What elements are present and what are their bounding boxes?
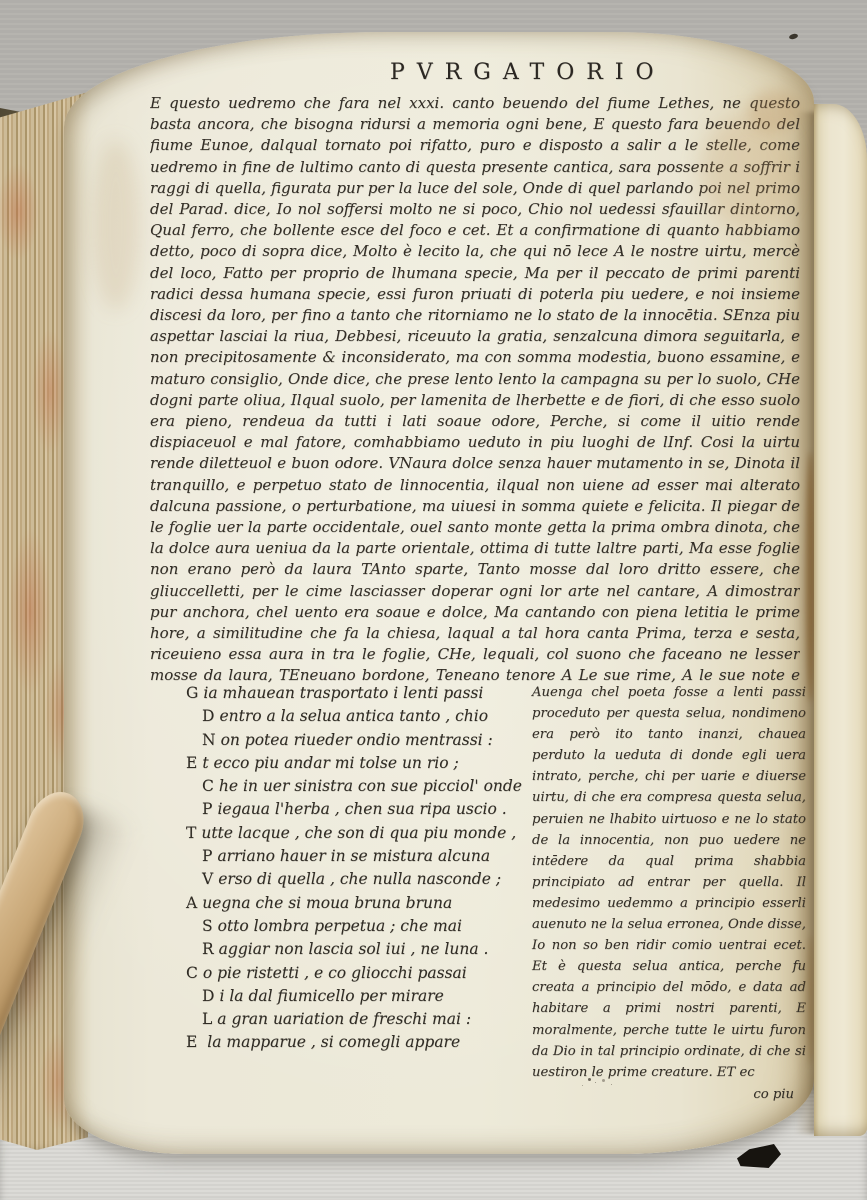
verse-line: Co pie ristetti , e co gliocchi passai xyxy=(186,962,516,985)
book-page: PVRGATORIO E questo uedremo che fara nel… xyxy=(64,32,814,1154)
verse-line: Sotto lombra perpetua ; che mai xyxy=(186,915,516,938)
foxing-stain xyxy=(700,115,795,230)
gloss-commentary-column: Auenga chel poeta fosse a lenti passi pr… xyxy=(532,682,806,1105)
verse-line: Parriano hauer in se mistura alcuna xyxy=(186,845,516,868)
verse-line: Piegaua l'herba , chen sua ripa uscio . xyxy=(186,798,516,821)
verse-line: Tutte lacque , che son di qua piu monde … xyxy=(186,822,516,845)
foxing-stain xyxy=(748,90,800,132)
gloss-commentary-text: Auenga chel poeta fosse a lenti passi pr… xyxy=(532,682,806,1083)
verse-line: Et ecco piu andar mi tolse un rio ; xyxy=(186,752,516,775)
verse-line: Dentro a la selua antica tanto , chio xyxy=(186,705,516,728)
facing-page-edge xyxy=(814,104,867,1136)
running-title: PVRGATORIO xyxy=(390,60,666,85)
verse-line: E la mapparue , si comegli appare xyxy=(186,1031,516,1054)
verse-line: Di la dal fiumicello per mirare xyxy=(186,985,516,1008)
dirt-speck xyxy=(789,33,799,40)
verse-line: Verso di quella , che nulla nasconde ; xyxy=(186,868,516,891)
verse-line: Non potea riueder ondio mentrassi : xyxy=(186,729,516,752)
ink-spatter xyxy=(588,1078,591,1081)
verse-line: Auegna che si moua bruna bruna xyxy=(186,892,516,915)
verse-line: Gia mhauean trasportato i lenti passi xyxy=(186,682,516,705)
book-photo-scene: PVRGATORIO E questo uedremo che fara nel… xyxy=(0,0,867,1200)
verse-line: La gran uariation de freschi mai : xyxy=(186,1008,516,1031)
verse-column: Gia mhauean trasportato i lenti passi De… xyxy=(186,682,516,1055)
foxing-stain xyxy=(92,140,140,310)
catchword: co piu xyxy=(532,1084,806,1105)
verse-line: Che in uer sinistra con sue picciol' ond… xyxy=(186,775,516,798)
verse-line: Raggiar non lascia sol iui , ne luna . xyxy=(186,938,516,961)
